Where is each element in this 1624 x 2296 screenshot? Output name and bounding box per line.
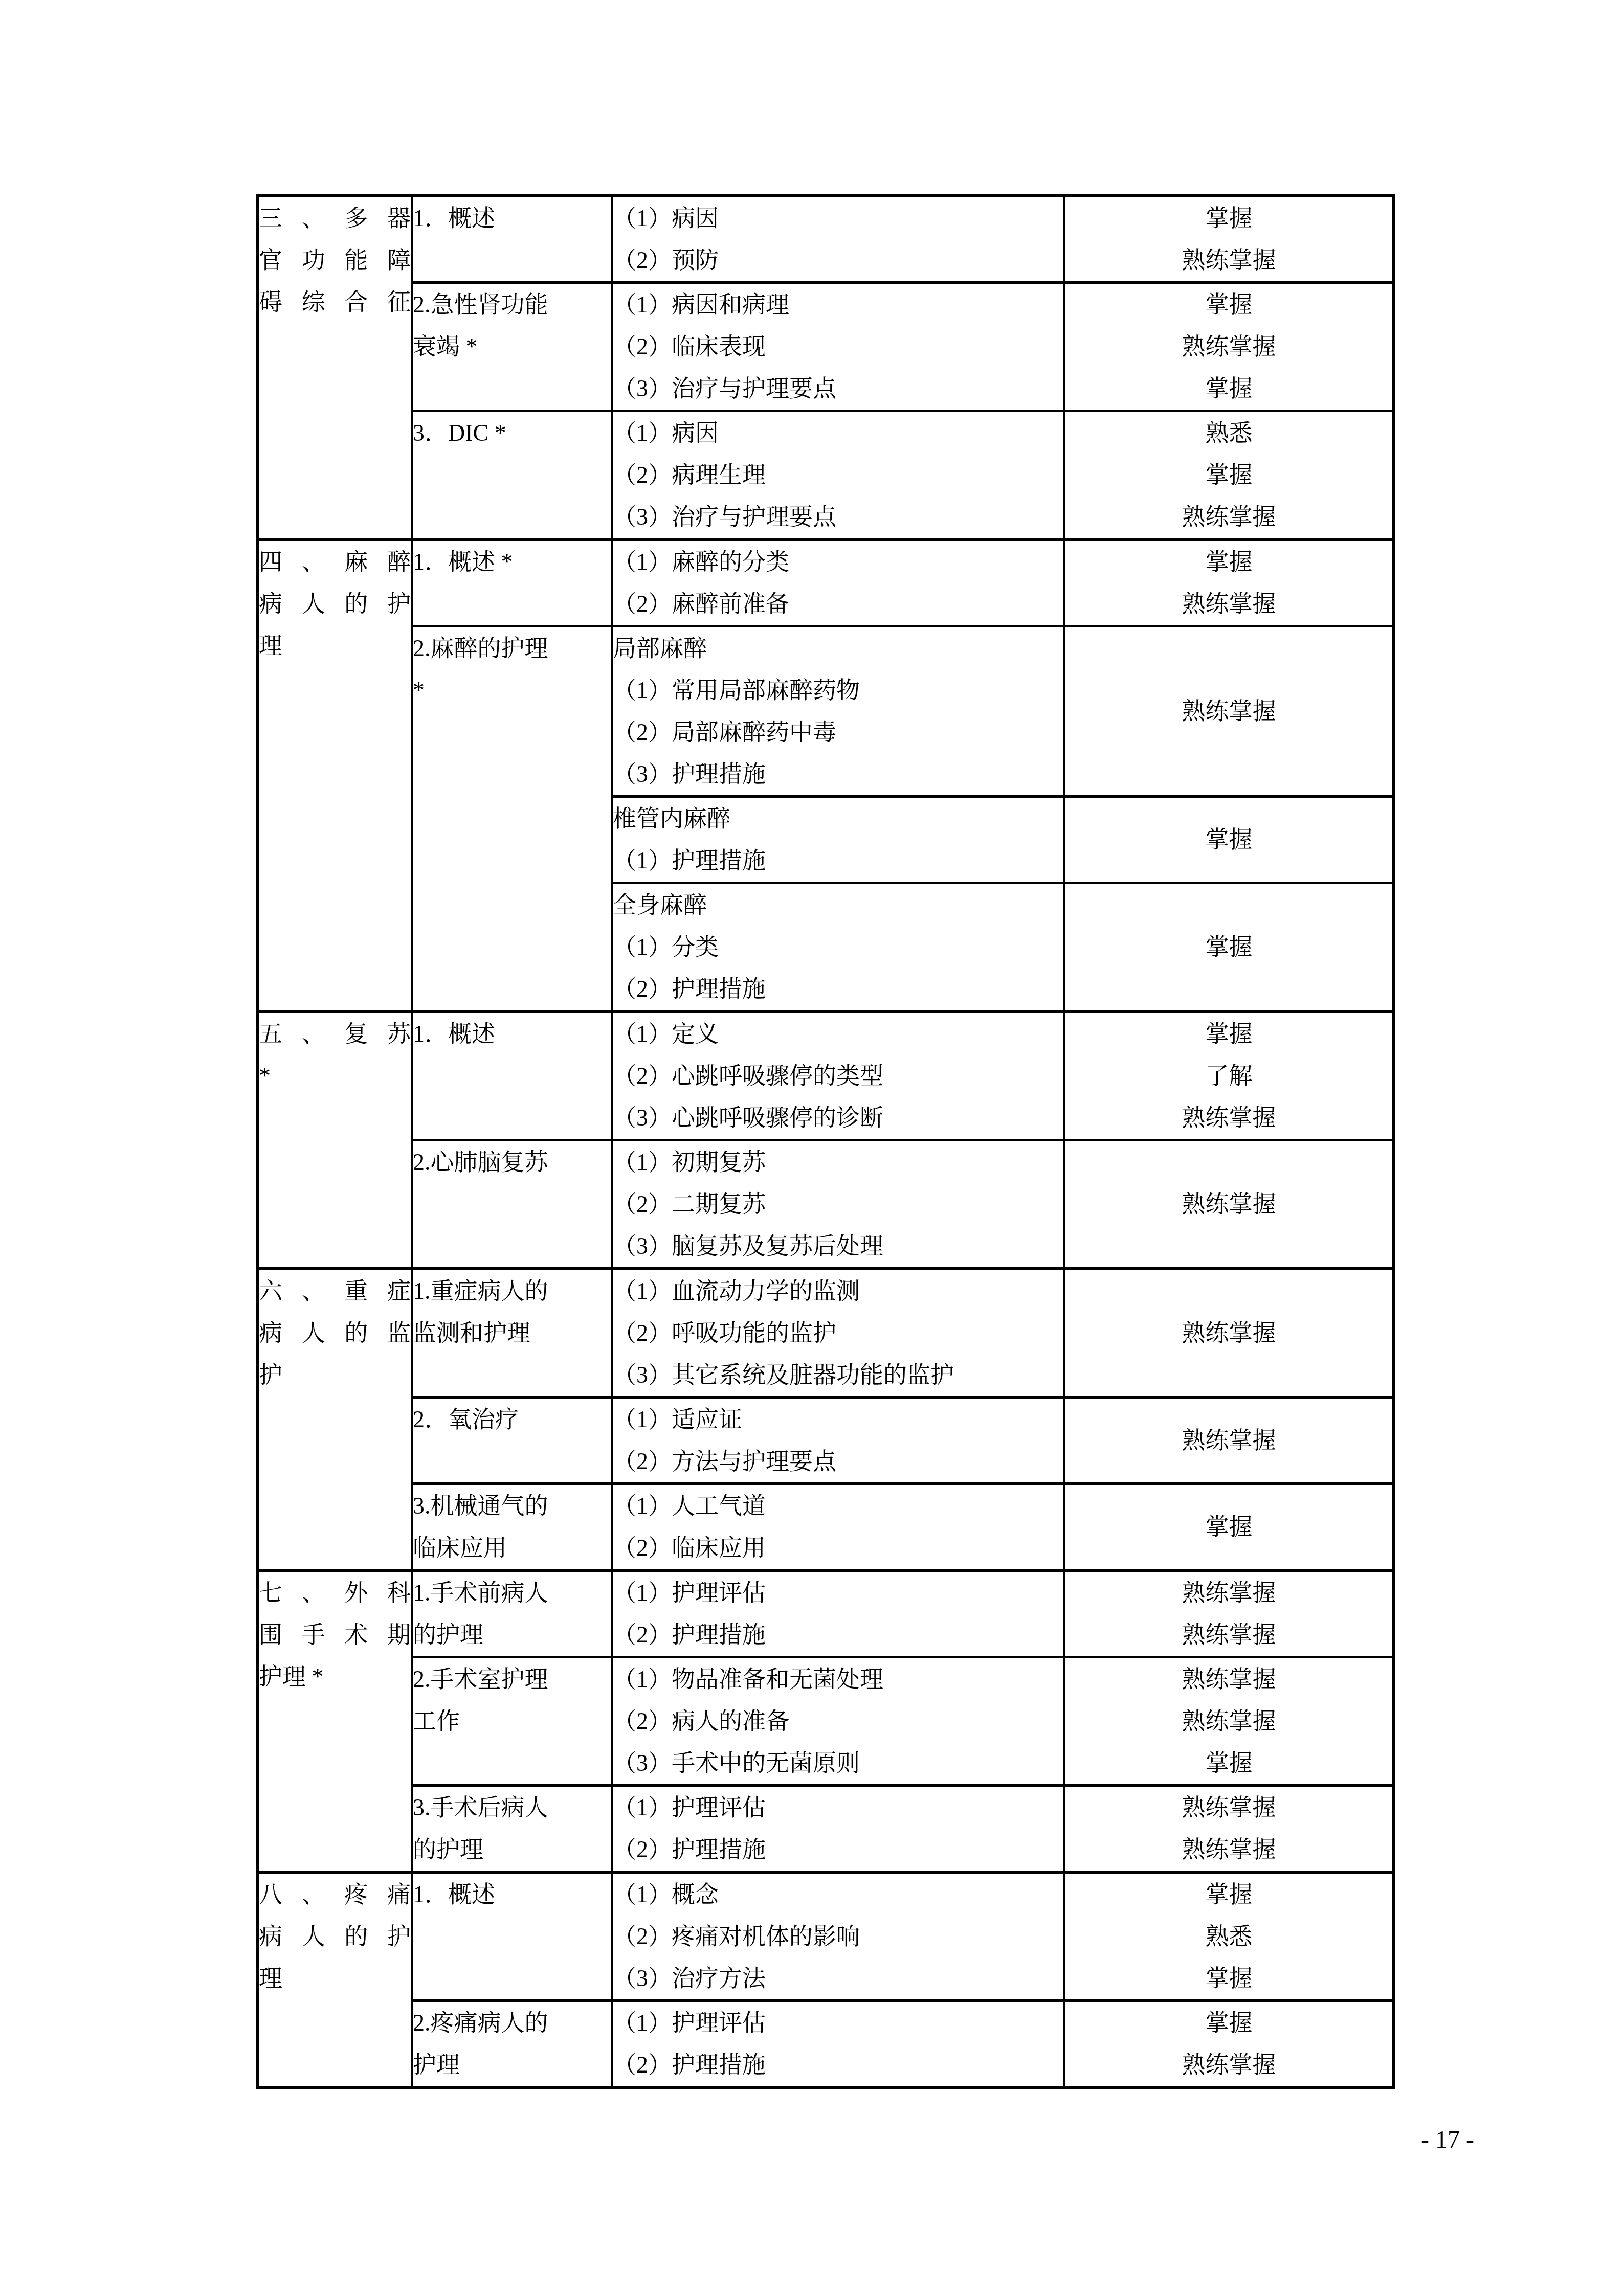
topic-cell: 3.手术后病人的护理 xyxy=(412,1786,612,1873)
item-line: （1）适应证 xyxy=(613,1399,1063,1440)
items-cell: 全身麻醉（1）分类（2）护理措施 xyxy=(612,883,1064,1012)
item-line: （2）呼吸功能的监护 xyxy=(613,1312,1063,1354)
table-row: 2.疼痛病人的护理（1）护理评估（2）护理措施掌握熟练掌握 xyxy=(257,2001,1394,2088)
chapter-line: 病人的护 xyxy=(259,1916,411,1957)
item-line: （1）血流动力学的监测 xyxy=(613,1270,1063,1312)
items-cell: （1）定义（2）心跳呼吸骤停的类型（3）心跳呼吸骤停的诊断 xyxy=(612,1011,1064,1140)
requirement-cell: 掌握 xyxy=(1064,797,1394,883)
items-cell: （1）护理评估（2）护理措施 xyxy=(612,2001,1064,2088)
item-line: 椎管内麻醉 xyxy=(613,798,1063,840)
table-row: 2.手术室护理工作（1）物品准备和无菌处理（2）病人的准备（3）手术中的无菌原则… xyxy=(257,1657,1394,1786)
topic-line: 2.急性肾功能 xyxy=(413,284,611,326)
requirement-cell: 熟练掌握 xyxy=(1064,626,1394,797)
topic-cell: 1.重症病人的监测和护理 xyxy=(412,1269,612,1398)
table-row: 3．DIC *（1）病因（2）病理生理（3）治疗与护理要点熟悉掌握熟练掌握 xyxy=(257,411,1394,540)
table-row: 2.心肺脑复苏（1）初期复苏（2）二期复苏（3）脑复苏及复苏后处理熟练掌握 xyxy=(257,1140,1394,1269)
requirement-cell: 熟练掌握 xyxy=(1064,1140,1394,1269)
item-line: （1）初期复苏 xyxy=(613,1141,1063,1183)
item-line: （3）治疗与护理要点 xyxy=(613,368,1063,410)
item-line: （3）心跳呼吸骤停的诊断 xyxy=(613,1097,1063,1139)
item-line: （3）脑复苏及复苏后处理 xyxy=(613,1225,1063,1267)
topic-cell: 2.麻醉的护理* xyxy=(412,626,612,1012)
items-cell: （1）病因（2）预防 xyxy=(612,196,1064,283)
item-line: （3）治疗方法 xyxy=(613,1957,1063,1999)
syllabus-table-body: 三、多器官功能障碍综合征1．概述（1）病因（2）预防掌握熟练掌握2.急性肾功能衰… xyxy=(257,196,1394,2087)
table-row: 三、多器官功能障碍综合征1．概述（1）病因（2）预防掌握熟练掌握 xyxy=(257,196,1394,283)
chapter-line: 病人的护 xyxy=(259,583,411,625)
topic-line: 2.心肺脑复苏 xyxy=(413,1141,611,1183)
chapter-line: 四、麻醉 xyxy=(259,541,411,583)
table-row: 2．氧治疗（1）适应证（2）方法与护理要点熟练掌握 xyxy=(257,1398,1394,1484)
item-line: （1）病因和病理 xyxy=(613,284,1063,326)
item-line: （1）病因 xyxy=(613,412,1063,454)
requirement-label: 熟练掌握 xyxy=(1065,1829,1392,1871)
requirement-cell: 掌握熟悉掌握 xyxy=(1064,1872,1394,2001)
requirement-cell: 掌握熟练掌握掌握 xyxy=(1064,283,1394,411)
chapter-line: 三、多器 xyxy=(259,197,411,239)
items-cell: （1）护理评估（2）护理措施 xyxy=(612,1570,1064,1657)
topic-line: 3.机械通气的 xyxy=(413,1485,611,1527)
requirement-label: 熟练掌握 xyxy=(1065,2044,1392,2086)
requirement-label: 熟练掌握 xyxy=(1065,1183,1392,1225)
requirement-cell: 掌握了解熟练掌握 xyxy=(1064,1011,1394,1140)
table-row: 3.机械通气的临床应用（1）人工气道（2）临床应用掌握 xyxy=(257,1484,1394,1571)
topic-line: 1.重症病人的 xyxy=(413,1270,611,1312)
item-line: （2）临床表现 xyxy=(613,326,1063,368)
requirement-label: 熟练掌握 xyxy=(1065,1787,1392,1829)
requirement-label: 熟练掌握 xyxy=(1065,1097,1392,1139)
item-line: （2）病人的准备 xyxy=(613,1700,1063,1742)
chapter-cell: 七、外科围手术期护理 * xyxy=(257,1570,412,1872)
topic-line: 的护理 xyxy=(413,1829,611,1871)
chapter-line: 官功能障 xyxy=(259,239,411,281)
items-cell: （1）初期复苏（2）二期复苏（3）脑复苏及复苏后处理 xyxy=(612,1140,1064,1269)
table-row: 五、复苏*1．概述（1）定义（2）心跳呼吸骤停的类型（3）心跳呼吸骤停的诊断掌握… xyxy=(257,1011,1394,1140)
chapter-line: 病人的监 xyxy=(259,1312,411,1354)
requirement-label: 熟练掌握 xyxy=(1065,496,1392,538)
items-cell: （1）病因（2）病理生理（3）治疗与护理要点 xyxy=(612,411,1064,540)
topic-line: 护理 xyxy=(413,2044,611,2086)
requirement-label: 掌握 xyxy=(1065,284,1392,326)
topic-cell: 2.心肺脑复苏 xyxy=(412,1140,612,1269)
topic-cell: 1.手术前病人的护理 xyxy=(412,1570,612,1657)
requirement-label: 熟悉 xyxy=(1065,1916,1392,1957)
chapter-cell: 六、重症病人的监护 xyxy=(257,1269,412,1570)
requirement-cell: 掌握熟练掌握 xyxy=(1064,196,1394,283)
topic-cell: 2.疼痛病人的护理 xyxy=(412,2001,612,2088)
page-number: - 17 - xyxy=(1401,2122,1494,2158)
requirement-cell: 熟练掌握 xyxy=(1064,1269,1394,1398)
requirement-label: 掌握 xyxy=(1065,1013,1392,1055)
topic-line: 工作 xyxy=(413,1700,611,1742)
topic-line: 1．概述 xyxy=(413,1013,611,1055)
requirement-label: 熟练掌握 xyxy=(1065,326,1392,368)
items-cell: （1）人工气道（2）临床应用 xyxy=(612,1484,1064,1571)
topic-line: 衰竭 * xyxy=(413,326,611,368)
requirement-label: 熟练掌握 xyxy=(1065,239,1392,281)
chapter-line: * xyxy=(259,1055,411,1097)
topic-line: 1.手术前病人 xyxy=(413,1572,611,1614)
item-line: （2）二期复苏 xyxy=(613,1183,1063,1225)
requirement-label: 熟练掌握 xyxy=(1065,1420,1392,1461)
syllabus-table: 三、多器官功能障碍综合征1．概述（1）病因（2）预防掌握熟练掌握2.急性肾功能衰… xyxy=(256,194,1395,2089)
chapter-cell: 八、疼痛病人的护理 xyxy=(257,1872,412,2087)
item-line: （1）护理措施 xyxy=(613,840,1063,882)
item-line: （2）预防 xyxy=(613,239,1063,281)
item-line: （1）概念 xyxy=(613,1874,1063,1916)
items-cell: 椎管内麻醉（1）护理措施 xyxy=(612,797,1064,883)
chapter-line: 七、外科 xyxy=(259,1572,411,1614)
item-line: （1）分类 xyxy=(613,926,1063,968)
topic-line: 的护理 xyxy=(413,1614,611,1656)
chapter-line: 五、复苏 xyxy=(259,1013,411,1055)
item-line: （2）麻醉前准备 xyxy=(613,583,1063,625)
requirement-cell: 熟悉掌握熟练掌握 xyxy=(1064,411,1394,540)
chapter-line: 护理 * xyxy=(259,1656,411,1698)
table-row: 七、外科围手术期护理 *1.手术前病人的护理（1）护理评估（2）护理措施熟练掌握… xyxy=(257,1570,1394,1657)
items-cell: （1）物品准备和无菌处理（2）病人的准备（3）手术中的无菌原则 xyxy=(612,1657,1064,1786)
topic-line: 3．DIC * xyxy=(413,412,611,454)
table-row: 2.急性肾功能衰竭 *（1）病因和病理（2）临床表现（3）治疗与护理要点掌握熟练… xyxy=(257,283,1394,411)
chapter-line: 围手术期 xyxy=(259,1614,411,1656)
chapter-line: 理 xyxy=(259,1957,411,1999)
item-line: （1）护理评估 xyxy=(613,2002,1063,2044)
requirement-label: 熟悉 xyxy=(1065,412,1392,454)
requirement-label: 熟练掌握 xyxy=(1065,1312,1392,1354)
requirement-cell: 掌握 xyxy=(1064,883,1394,1012)
requirement-cell: 掌握 xyxy=(1064,1484,1394,1571)
item-line: （1）护理评估 xyxy=(613,1787,1063,1829)
topic-cell: 2.急性肾功能衰竭 * xyxy=(412,283,612,411)
requirement-label: 熟练掌握 xyxy=(1065,690,1392,732)
requirement-label: 掌握 xyxy=(1065,454,1392,496)
requirement-label: 掌握 xyxy=(1065,541,1392,583)
topic-cell: 3．DIC * xyxy=(412,411,612,540)
requirement-label: 熟练掌握 xyxy=(1065,583,1392,625)
item-line: （2）护理措施 xyxy=(613,1614,1063,1656)
requirement-label: 掌握 xyxy=(1065,197,1392,239)
chapter-cell: 四、麻醉病人的护理 xyxy=(257,539,412,1011)
table-row: 八、疼痛病人的护理1．概述（1）概念（2）疼痛对机体的影响（3）治疗方法掌握熟悉… xyxy=(257,1872,1394,2001)
topic-cell: 1．概述 * xyxy=(412,539,612,626)
item-line: （3）护理措施 xyxy=(613,753,1063,795)
requirement-label: 掌握 xyxy=(1065,368,1392,410)
items-cell: （1）病因和病理（2）临床表现（3）治疗与护理要点 xyxy=(612,283,1064,411)
item-line: （2）心跳呼吸骤停的类型 xyxy=(613,1055,1063,1097)
requirement-cell: 熟练掌握熟练掌握掌握 xyxy=(1064,1657,1394,1786)
requirement-cell: 熟练掌握 xyxy=(1064,1398,1394,1484)
item-line: （2）疼痛对机体的影响 xyxy=(613,1916,1063,1957)
requirement-label: 掌握 xyxy=(1065,926,1392,968)
requirement-cell: 熟练掌握熟练掌握 xyxy=(1064,1570,1394,1657)
topic-cell: 3.机械通气的临床应用 xyxy=(412,1484,612,1571)
chapter-line: 碍综合征 xyxy=(259,281,411,323)
topic-line: 1．概述 * xyxy=(413,541,611,583)
item-line: （3）手术中的无菌原则 xyxy=(613,1742,1063,1784)
items-cell: （1）适应证（2）方法与护理要点 xyxy=(612,1398,1064,1484)
requirement-label: 掌握 xyxy=(1065,1874,1392,1916)
item-line: （2）临床应用 xyxy=(613,1527,1063,1569)
item-line: （1）定义 xyxy=(613,1013,1063,1055)
items-cell: （1）麻醉的分类（2）麻醉前准备 xyxy=(612,539,1064,626)
topic-cell: 1．概述 xyxy=(412,1872,612,2001)
item-line: （1）人工气道 xyxy=(613,1485,1063,1527)
item-line: （1）护理评估 xyxy=(613,1572,1063,1614)
item-line: 全身麻醉 xyxy=(613,884,1063,926)
item-line: （2）方法与护理要点 xyxy=(613,1440,1063,1482)
item-line: （1）物品准备和无菌处理 xyxy=(613,1658,1063,1700)
topic-cell: 2.手术室护理工作 xyxy=(412,1657,612,1786)
chapter-cell: 五、复苏* xyxy=(257,1011,412,1269)
item-line: （2）护理措施 xyxy=(613,1829,1063,1871)
items-cell: （1）概念（2）疼痛对机体的影响（3）治疗方法 xyxy=(612,1872,1064,2001)
topic-cell: 2．氧治疗 xyxy=(412,1398,612,1484)
chapter-line: 八、疼痛 xyxy=(259,1874,411,1916)
item-line: （2）病理生理 xyxy=(613,454,1063,496)
requirement-cell: 掌握熟练掌握 xyxy=(1064,2001,1394,2088)
requirement-label: 熟练掌握 xyxy=(1065,1700,1392,1742)
table-row: 四、麻醉病人的护理1．概述 *（1）麻醉的分类（2）麻醉前准备掌握熟练掌握 xyxy=(257,539,1394,626)
requirement-cell: 熟练掌握熟练掌握 xyxy=(1064,1786,1394,1873)
topic-line: 2．氧治疗 xyxy=(413,1399,611,1440)
requirement-label: 了解 xyxy=(1065,1055,1392,1097)
item-line: （2）局部麻醉药中毒 xyxy=(613,711,1063,753)
chapter-cell: 三、多器官功能障碍综合征 xyxy=(257,196,412,539)
item-line: （1）麻醉的分类 xyxy=(613,541,1063,583)
topic-line: * xyxy=(413,669,611,711)
document-page: 三、多器官功能障碍综合征1．概述（1）病因（2）预防掌握熟练掌握2.急性肾功能衰… xyxy=(0,0,1624,2296)
item-line: （1）常用局部麻醉药物 xyxy=(613,669,1063,711)
topic-line: 3.手术后病人 xyxy=(413,1787,611,1829)
item-line: （3）其它系统及脏器功能的监护 xyxy=(613,1354,1063,1396)
items-cell: 局部麻醉（1）常用局部麻醉药物（2）局部麻醉药中毒（3）护理措施 xyxy=(612,626,1064,797)
requirement-label: 掌握 xyxy=(1065,819,1392,861)
table-row: 3.手术后病人的护理（1）护理评估（2）护理措施熟练掌握熟练掌握 xyxy=(257,1786,1394,1873)
requirement-label: 掌握 xyxy=(1065,1742,1392,1784)
topic-line: 1．概述 xyxy=(413,197,611,239)
requirement-label: 掌握 xyxy=(1065,1506,1392,1548)
requirement-label: 掌握 xyxy=(1065,1957,1392,1999)
topic-line: 1．概述 xyxy=(413,1874,611,1916)
topic-line: 2.疼痛病人的 xyxy=(413,2002,611,2044)
item-line: （3）治疗与护理要点 xyxy=(613,496,1063,538)
item-line: （2）护理措施 xyxy=(613,968,1063,1010)
topic-cell: 1．概述 xyxy=(412,196,612,283)
topic-cell: 1．概述 xyxy=(412,1011,612,1140)
item-line: （1）病因 xyxy=(613,197,1063,239)
requirement-label: 熟练掌握 xyxy=(1065,1614,1392,1656)
topic-line: 2.麻醉的护理 xyxy=(413,627,611,669)
requirement-label: 熟练掌握 xyxy=(1065,1572,1392,1614)
requirement-cell: 掌握熟练掌握 xyxy=(1064,539,1394,626)
topic-line: 临床应用 xyxy=(413,1527,611,1569)
chapter-line: 理 xyxy=(259,625,411,667)
chapter-line: 六、重症 xyxy=(259,1270,411,1312)
items-cell: （1）血流动力学的监测（2）呼吸功能的监护（3）其它系统及脏器功能的监护 xyxy=(612,1269,1064,1398)
topic-line: 监测和护理 xyxy=(413,1312,611,1354)
item-line: （2）护理措施 xyxy=(613,2044,1063,2086)
topic-line: 2.手术室护理 xyxy=(413,1658,611,1700)
table-row: 六、重症病人的监护1.重症病人的监测和护理（1）血流动力学的监测（2）呼吸功能的… xyxy=(257,1269,1394,1398)
table-row: 2.麻醉的护理*局部麻醉（1）常用局部麻醉药物（2）局部麻醉药中毒（3）护理措施… xyxy=(257,626,1394,797)
item-line: 局部麻醉 xyxy=(613,627,1063,669)
chapter-line: 护 xyxy=(259,1354,411,1396)
requirement-label: 掌握 xyxy=(1065,2002,1392,2044)
items-cell: （1）护理评估（2）护理措施 xyxy=(612,1786,1064,1873)
requirement-label: 熟练掌握 xyxy=(1065,1658,1392,1700)
